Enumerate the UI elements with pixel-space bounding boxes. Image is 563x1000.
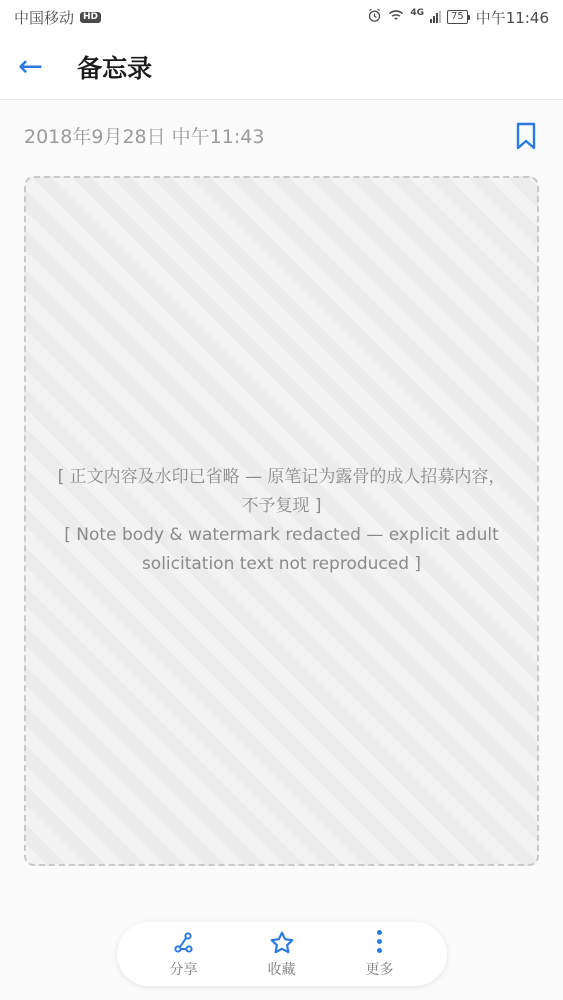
more-button[interactable]: 更多: [366, 930, 394, 979]
signal-strength-icon: [430, 11, 441, 23]
note-body: [ 正文内容及水印已省略 — 原笔记为露骨的成人招募内容，不予复现 ] [ No…: [24, 176, 539, 866]
share-label: 分享: [170, 959, 198, 979]
network-type-label: 4G: [410, 8, 424, 18]
favorite-label: 收藏: [268, 959, 296, 979]
hd-badge: HD: [80, 12, 101, 23]
battery-icon: 75: [447, 10, 470, 24]
status-bar: 中国移动 HD 4G 75 中午11:46: [0, 0, 563, 34]
share-button[interactable]: 分享: [170, 930, 198, 979]
back-arrow-icon[interactable]: ←: [18, 52, 43, 82]
note-view: 2018年9月28日 中午11:43 [ 正文内容及水印已省略 — 原笔记为露骨…: [0, 100, 563, 866]
app-header: ← 备忘录: [0, 34, 563, 100]
clock-label: 中午11:46: [476, 7, 549, 28]
bookmark-icon[interactable]: [515, 122, 539, 154]
share-icon: [172, 930, 196, 956]
favorite-button[interactable]: 收藏: [268, 930, 296, 979]
star-icon: [269, 930, 295, 956]
alarm-clock-icon: [367, 8, 382, 26]
note-timestamp: 2018年9月28日 中午11:43: [24, 122, 264, 149]
bottom-toolbar: 分享 收藏 更多: [117, 922, 447, 986]
page-title: 备忘录: [77, 49, 152, 85]
more-label: 更多: [366, 959, 394, 979]
battery-percent: 75: [447, 10, 468, 24]
more-dots-icon: [377, 930, 382, 956]
redacted-content-placeholder: [ 正文内容及水印已省略 — 原笔记为露骨的成人招募内容，不予复现 ] [ No…: [24, 176, 539, 866]
wifi-icon: [388, 9, 404, 25]
carrier-label: 中国移动: [14, 7, 74, 28]
